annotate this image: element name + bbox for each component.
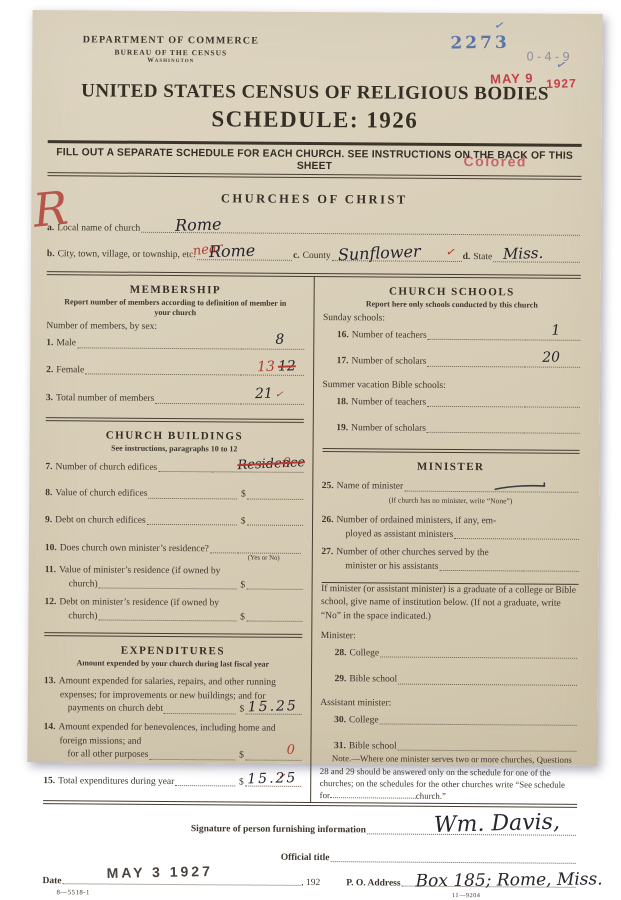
question-number: 7. — [45, 461, 55, 473]
struck-value: 12 — [278, 358, 296, 374]
question-row-16: 16. Number of teachers 1 — [337, 329, 581, 343]
dollar-answer: $ — [237, 612, 302, 625]
question-row-17: 17. Number of scholars 20 — [337, 356, 581, 370]
question-tail: ployed as assistant ministers — [345, 528, 453, 541]
question-label: Bible school — [349, 740, 397, 753]
denomination-name: CHURCHES OF CHRIST — [221, 191, 408, 206]
field-label: County — [303, 250, 331, 263]
question-number: 27. — [321, 547, 336, 557]
handwritten-total-members: 21✓ — [255, 385, 284, 404]
right-column: CHURCH SCHOOLS Report here only schools … — [310, 277, 581, 800]
dollar-sign: $ — [236, 704, 245, 716]
answer-line — [523, 536, 579, 539]
answer-line: Rome — [141, 230, 580, 236]
question-number: 13. — [44, 676, 59, 686]
question-tail-row: church) $ — [45, 578, 303, 592]
handwritten-male-count: 8 — [275, 330, 284, 348]
handwritten-city: Rome — [209, 241, 256, 263]
dollar-answer: $✓15.25 — [236, 776, 301, 789]
question-block-12: 12.Debt on minister’s residence (if owne… — [44, 596, 302, 624]
question-number: 1. — [46, 338, 56, 350]
handwritten-residence-struck: Residence — [237, 456, 305, 476]
question-label: Bible school — [349, 673, 397, 686]
agency-block: DEPARTMENT OF COMMERCE BUREAU OF THE CEN… — [68, 34, 273, 65]
question-tail-row: ployed as assistant ministers — [321, 528, 579, 542]
question-label: College — [349, 647, 379, 660]
question-number: 17. — [337, 356, 352, 368]
answer-line: Sunflower ✓ — [332, 258, 462, 262]
question-number: 30. — [334, 714, 349, 726]
answer-line: 15.25 — [245, 711, 301, 714]
question-label: Number of scholars — [351, 422, 426, 435]
answer-line — [247, 522, 303, 525]
question-row-25: 25. Name of minister — [322, 481, 580, 495]
question-row-19: 19. Number of scholars — [336, 422, 580, 436]
dotted-leader — [77, 345, 239, 349]
graduate-instruction: If minister (or assistant minister) is a… — [321, 583, 579, 625]
dotted-blank — [330, 789, 416, 799]
corrected-value: 13 — [257, 359, 275, 375]
divider — [322, 449, 580, 455]
question-label: Number of teachers — [352, 329, 427, 342]
question-head: Value of minister’s residence (if owned … — [59, 565, 220, 576]
question-block-13: 13.Amount expended for salaries, repairs… — [44, 675, 302, 717]
dotted-leader — [404, 488, 578, 492]
question-row-3: 3. Total number of members 21✓ — [46, 392, 304, 406]
denomination-row: CHURCHES OF CHRIST — [47, 188, 581, 210]
dollar-sign: $ — [237, 612, 246, 624]
question-tail-row: payments on church debt $15.25 — [44, 703, 302, 717]
handwritten-state: Miss. — [503, 244, 544, 265]
handwritten-amount: 15.25 — [247, 697, 298, 717]
section-title-expenditures: EXPENDITURES — [44, 645, 302, 659]
question-number: 19. — [336, 422, 351, 434]
yes-or-no-hint: (Yes or No) — [223, 555, 305, 564]
question-number: 14. — [44, 722, 59, 732]
check-icon: ✓ — [444, 244, 457, 261]
dotted-leader — [85, 372, 238, 376]
divider — [46, 417, 304, 423]
sunday-schools-label: Sunday schools: — [323, 313, 581, 325]
dotted-leader — [98, 618, 236, 622]
total-value: 21 — [255, 386, 273, 402]
question-tail-row: church) $ — [44, 610, 302, 624]
membership-intro: Number of members, by sex: — [46, 322, 304, 334]
field-city-county-state: b. City, town, village, or township, etc… — [47, 248, 581, 264]
field-label: State — [473, 251, 492, 263]
question-row-1: 1. Male 8 — [46, 338, 304, 352]
field-local-name: a. Local name of church Rome — [47, 222, 581, 238]
question-number: 11. — [45, 565, 59, 575]
handwritten-county: Sunflower — [337, 241, 421, 266]
answer-line: Miss. — [493, 259, 580, 263]
section-title-church-buildings: CHURCH BUILDINGS — [46, 429, 304, 443]
question-number: 28. — [335, 647, 350, 659]
section-subtitle: See instructions, paragraphs 10 to 12 — [46, 443, 304, 455]
answer-line — [246, 619, 302, 622]
question-label: Number of scholars — [352, 356, 427, 369]
answer-line — [524, 405, 580, 408]
question-number: 31. — [334, 740, 349, 752]
field-letter: c. — [293, 250, 303, 262]
field-label: Local name of church — [57, 222, 140, 235]
question-tail-row: for all other purposes $0 — [43, 748, 301, 762]
question-tail-row: minister or his assistants — [321, 560, 579, 574]
handwritten-total: 15.25 — [247, 769, 298, 789]
question-row-2: 2. Female 1312 — [46, 364, 304, 378]
question-number: 8. — [45, 487, 55, 499]
form-content: DEPARTMENT OF COMMERCE BUREAU OF THE CEN… — [27, 10, 603, 800]
question-row-15: 15. Total expenditures during year $✓15.… — [43, 775, 301, 789]
dotted-leader — [175, 783, 235, 786]
question-label: Total expenditures during year — [58, 775, 174, 788]
dollar-answer: $0 — [236, 750, 301, 763]
dotted-leader — [149, 756, 235, 760]
question-number: 18. — [336, 396, 351, 408]
question-label: Total number of members — [56, 392, 154, 405]
instruction-banner: FILL OUT A SEPARATE SCHEDULE FOR EACH CH… — [53, 143, 577, 176]
question-tail: payments on church debt — [68, 703, 163, 716]
form-title: UNITED STATES CENSUS OF RELIGIOUS BODIES — [48, 80, 582, 106]
answer-line — [523, 568, 579, 571]
question-block-14: 14.Amount expended for benevolences, inc… — [43, 721, 301, 763]
two-column-area: MEMBERSHIP Report number of members acco… — [43, 275, 581, 800]
dollar-answer: $ — [238, 489, 303, 502]
question-head: Amount expended for benevolences, includ… — [58, 722, 275, 746]
question-tail: church) — [69, 578, 98, 591]
dotted-leader — [380, 721, 577, 725]
question-head: Debt on minister’s residence (if owned b… — [59, 598, 219, 609]
pencil-mark — [494, 481, 552, 491]
question-number: 2. — [46, 364, 56, 376]
dotted-leader — [427, 430, 523, 434]
section-subtitle: Amount expended by your church during la… — [44, 659, 302, 671]
answer-line: near Rome — [197, 257, 292, 261]
question-number: 25. — [322, 481, 337, 493]
divider — [44, 633, 302, 639]
section-subtitle: Report number of members according to de… — [46, 297, 304, 320]
dollar-sign: $ — [237, 579, 246, 591]
department-name: DEPARTMENT OF COMMERCE — [68, 34, 273, 48]
question-row-7: 7. Number of church edifices 0 Residence — [45, 461, 303, 475]
no-minister-hint: (If church has no minister, write “None”… — [322, 495, 580, 506]
dotted-leader — [398, 748, 577, 752]
question-text: 14.Amount expended for benevolences, inc… — [43, 721, 301, 750]
answer-line: 8 — [240, 346, 304, 349]
dotted-leader — [427, 364, 523, 368]
answer-line — [247, 496, 303, 499]
summer-schools-label: Summer vacation Bible schools: — [322, 380, 580, 392]
answer-line — [246, 587, 302, 590]
handwritten-teachers: 1 — [551, 322, 560, 340]
field-label: City, town, village, or township, etc. — [58, 249, 196, 262]
question-block-26: 26.Number of ordained ministers, if any,… — [321, 514, 579, 542]
dotted-leader — [439, 568, 521, 572]
question-row-9: 9. Debt on church edifices $ — [45, 514, 303, 528]
question-number: 16. — [337, 329, 352, 341]
dotted-leader — [427, 404, 523, 408]
answer-line: 1312 — [240, 373, 304, 376]
question-label: College — [349, 714, 379, 727]
answer-line: 21✓ — [239, 401, 303, 404]
question-label: Male — [56, 338, 76, 350]
field-letter: b. — [47, 248, 58, 260]
form-subtitle: SCHEDULE: 1926 — [48, 105, 582, 135]
question-head: Number of other churches served by the — [336, 547, 489, 558]
census-schedule-form: 2273 ✓ 0-4-9 MAY 9 1927 ✓ Colored R DEPA… — [27, 10, 602, 766]
question-label: Number of teachers — [351, 396, 426, 409]
dotted-leader — [210, 551, 236, 554]
question-number: 10. — [45, 542, 60, 554]
question-row-10: 10. Does church own minister’s residence… — [45, 542, 303, 556]
dollar-sign: $ — [236, 750, 245, 762]
question-row-8: 8. Value of church edifices $ — [45, 487, 303, 501]
dotted-leader — [428, 337, 524, 341]
dollar-answer: $ — [237, 579, 302, 592]
question-label: Debt on church edifices — [55, 514, 146, 527]
question-number: 15. — [43, 775, 58, 787]
handwritten-church-name: Rome — [175, 214, 222, 236]
question-label: Value of church edifices — [55, 487, 147, 500]
question-tail: for all other purposes — [67, 749, 148, 762]
dotted-leader — [147, 522, 237, 526]
dotted-leader — [99, 586, 237, 590]
question-number: 26. — [322, 515, 337, 525]
question-head: Number of ordained ministers, if any, em… — [336, 515, 496, 526]
question-label: Name of minister — [337, 481, 404, 494]
note-paragraph: Note.—Where one minister serves two or m… — [320, 752, 578, 800]
assistant-minister-label: Assistant minister: — [320, 698, 578, 710]
red-zero-annotation: 0 — [287, 742, 295, 759]
handwritten-female-count: 1312 — [257, 357, 296, 376]
question-number: 3. — [46, 392, 56, 404]
question-tail: minister or his assistants — [345, 560, 438, 573]
answer-line: 20 — [524, 364, 580, 367]
note-text-end: church.” — [416, 791, 446, 800]
agency-city: Washington — [68, 56, 273, 66]
answer-line: 0 — [245, 757, 301, 760]
answer-line: 0 Residence — [211, 470, 303, 474]
answer-line — [524, 431, 580, 434]
dotted-leader — [398, 681, 577, 685]
dollar-answer: $ — [238, 515, 303, 528]
section-subtitle: Report here only schools conducted by th… — [323, 299, 581, 311]
dotted-leader — [380, 655, 577, 659]
left-column: MEMBERSHIP Report number of members acco… — [43, 275, 313, 800]
question-row-18: 18. Number of teachers — [336, 396, 580, 410]
question-block-27: 27.Number of other churches served by th… — [321, 546, 579, 574]
dotted-leader — [164, 711, 236, 714]
dollar-sign: $ — [238, 515, 247, 527]
question-block-11: 11.Value of minister’s residence (if own… — [45, 564, 303, 592]
question-tail: church) — [68, 610, 97, 623]
field-letter: d. — [463, 251, 474, 263]
question-row-29: 29. Bible school — [334, 673, 578, 687]
answer-line: 1 — [524, 338, 580, 341]
section-title-membership: MEMBERSHIP — [47, 283, 305, 297]
dollar-sign: $ — [238, 489, 247, 501]
question-number: 9. — [45, 514, 55, 526]
dotted-leader — [148, 495, 237, 499]
question-label: Number of church edifices — [56, 461, 158, 474]
question-label: Does church own minister’s residence? — [60, 542, 209, 555]
dotted-leader — [155, 400, 238, 404]
question-number: 12. — [44, 597, 59, 607]
question-row-30: 30. College — [334, 714, 578, 728]
question-number: 29. — [334, 673, 349, 685]
section-title-church-schools: CHURCH SCHOOLS — [323, 285, 581, 299]
answer-line: (Yes or No) — [237, 551, 301, 554]
dotted-leader — [158, 469, 210, 472]
dotted-leader — [454, 536, 522, 539]
question-row-28: 28. College — [335, 647, 579, 661]
minister-label: Minister: — [321, 631, 579, 643]
dollar-answer: $15.25 — [236, 704, 301, 717]
answer-line: ✓15.25 — [245, 783, 301, 786]
field-letter: a. — [47, 222, 57, 234]
section-title-minister: MINISTER — [322, 461, 580, 475]
check-icon: ✓ — [274, 388, 284, 402]
handwritten-scholars: 20 — [542, 348, 560, 367]
dollar-sign: $ — [236, 776, 245, 788]
question-label: Female — [56, 364, 84, 377]
question-head: Amount expended for salaries, repairs, a… — [59, 676, 276, 701]
